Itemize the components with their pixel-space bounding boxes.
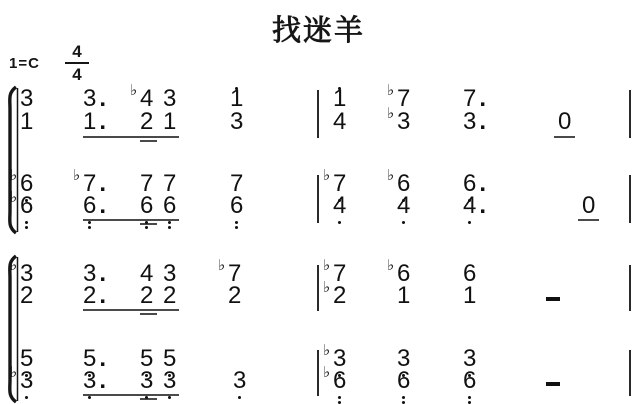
note: 6.	[83, 194, 106, 218]
barline	[629, 90, 631, 138]
note-digit: 6	[163, 192, 176, 219]
augmentation-dot: .	[99, 110, 106, 134]
note: 3	[163, 369, 176, 393]
rest-note: 0	[582, 194, 595, 218]
barline	[317, 350, 319, 396]
augmentation-dot: .	[99, 369, 106, 393]
octave-up-dot	[338, 87, 341, 90]
note-digit: 3	[163, 367, 176, 394]
flat-icon: ♭	[323, 343, 330, 358]
note-digit: 4	[463, 192, 476, 219]
octave-down-dot	[168, 396, 171, 399]
note: 4	[333, 110, 346, 134]
note-digit: 6	[333, 367, 346, 394]
octave-down-dot	[88, 396, 91, 399]
beam-line	[578, 219, 599, 221]
note-digit: 2	[20, 282, 33, 309]
time-signature: 4 4	[63, 42, 91, 84]
note: 6	[463, 369, 476, 393]
flat-icon: ♭	[323, 280, 330, 295]
note: 6	[230, 194, 243, 218]
octave-down-dot	[468, 396, 471, 399]
note-digit: 6	[20, 192, 33, 219]
beam-line	[83, 219, 179, 221]
octave-down-dot	[235, 221, 238, 224]
note: 3.	[83, 369, 106, 393]
note: 2	[228, 284, 241, 308]
sheet-music-page: 找迷羊 1=C 4 4 33.♭4311♭77.11.2134♭33.0♭6♭7…	[0, 0, 637, 404]
note: 2	[140, 284, 153, 308]
note: 3	[230, 110, 243, 134]
note: 2.	[83, 284, 106, 308]
note: 2	[163, 284, 176, 308]
note: ♭6	[333, 369, 346, 393]
note: 3	[233, 369, 246, 393]
beam-line	[83, 136, 179, 138]
octave-down-dot	[402, 396, 405, 399]
rest-note: 0	[558, 110, 571, 134]
note: 6	[163, 194, 176, 218]
flat-icon: ♭	[387, 258, 394, 273]
note-digit: 2	[140, 282, 153, 309]
note-digit: 1	[83, 108, 96, 135]
note: 1	[463, 284, 476, 308]
octave-down-dot	[235, 226, 238, 229]
note: 1.	[83, 110, 106, 134]
note: 1	[397, 284, 410, 308]
note: ♭6	[20, 194, 33, 218]
note-digit: 2	[83, 282, 96, 309]
beam-line	[83, 394, 179, 396]
note-digit: 6	[140, 192, 153, 219]
score-title: 找迷羊	[0, 8, 637, 49]
octave-down-dot	[402, 221, 405, 224]
note-digit: 4	[333, 108, 346, 135]
time-signature-fraction-bar	[65, 62, 89, 64]
time-signature-numerator: 4	[72, 42, 81, 61]
flat-icon: ♭	[73, 168, 80, 183]
note-digit: 0	[582, 192, 595, 219]
note: 4	[397, 194, 410, 218]
note-digit: 1	[163, 108, 176, 135]
octave-down-dot	[145, 221, 148, 224]
note: ♭3	[20, 369, 33, 393]
octave-down-dot	[88, 226, 91, 229]
octave-down-dot	[145, 396, 148, 399]
flat-icon: ♭	[323, 365, 330, 380]
beam-line	[140, 313, 157, 315]
note: 6	[397, 369, 410, 393]
note-digit: 3	[140, 367, 153, 394]
key-signature: 1=C	[9, 55, 40, 72]
octave-down-dot	[468, 221, 471, 224]
note-digit: 3	[397, 108, 410, 135]
note-digit: 6	[83, 192, 96, 219]
note-digit: 3	[233, 367, 246, 394]
note-digit: 1	[463, 282, 476, 309]
flat-icon: ♭	[387, 106, 394, 121]
note: 6	[140, 194, 153, 218]
note: 2	[20, 284, 33, 308]
octave-down-dot	[25, 396, 28, 399]
octave-down-dot	[338, 396, 341, 399]
note: 4.	[463, 194, 486, 218]
note-digit: 2	[333, 282, 346, 309]
note: 2	[140, 110, 153, 134]
augmentation-dot: .	[99, 284, 106, 308]
note-digit: 2	[228, 282, 241, 309]
note-digit: 1	[397, 282, 410, 309]
barline	[317, 90, 319, 138]
note-digit: 1	[20, 108, 33, 135]
dash-extension	[546, 297, 560, 301]
flat-icon: ♭	[387, 168, 394, 183]
grand-staff-brace-icon	[2, 254, 22, 404]
beam-line	[83, 309, 179, 311]
note: 1	[20, 110, 33, 134]
note: 3	[140, 369, 153, 393]
octave-down-dot	[25, 226, 28, 229]
note: 3.	[463, 110, 486, 134]
note-digit: 3	[230, 108, 243, 135]
augmentation-dot: .	[479, 194, 486, 218]
note-digit: 3	[20, 367, 33, 394]
flat-icon: ♭	[10, 168, 17, 183]
octave-up-dot	[235, 87, 238, 90]
flat-icon: ♭	[323, 258, 330, 273]
note-digit: 6	[463, 367, 476, 394]
flat-icon: ♭	[323, 168, 330, 183]
note: 1	[163, 110, 176, 134]
note-digit: 2	[140, 108, 153, 135]
barline	[629, 350, 631, 396]
note-digit: 6	[230, 192, 243, 219]
augmentation-dot: .	[479, 110, 486, 134]
beam-line	[140, 398, 157, 400]
note-digit: 0	[558, 108, 571, 135]
octave-down-dot	[238, 396, 241, 399]
flat-icon: ♭	[387, 83, 394, 98]
dash-extension	[546, 382, 560, 386]
beam-line	[554, 136, 575, 138]
grand-staff-brace-icon	[2, 85, 22, 235]
note-digit: 6	[397, 367, 410, 394]
octave-down-dot	[168, 221, 171, 224]
barline	[317, 175, 319, 223]
barline	[317, 265, 319, 311]
octave-down-dot	[338, 221, 341, 224]
octave-down-dot	[168, 226, 171, 229]
octave-down-dot	[25, 221, 28, 224]
barline	[629, 175, 631, 223]
note: ♭3	[397, 110, 410, 134]
beam-line	[140, 223, 157, 225]
note-digit: 3	[463, 108, 476, 135]
note-digit: 2	[163, 282, 176, 309]
note-digit: 4	[333, 192, 346, 219]
note-digit: 3	[83, 367, 96, 394]
flat-icon: ♭	[10, 258, 17, 273]
note-digit: 4	[397, 192, 410, 219]
flat-icon: ♭	[130, 83, 137, 98]
octave-down-dot	[145, 226, 148, 229]
note: 4	[333, 194, 346, 218]
barline	[629, 265, 631, 311]
beam-line	[140, 140, 157, 142]
flat-icon: ♭	[10, 190, 17, 205]
flat-icon: ♭	[10, 365, 17, 380]
note: ♭2	[333, 284, 346, 308]
flat-icon: ♭	[218, 258, 225, 273]
time-signature-denominator: 4	[72, 65, 81, 84]
octave-down-dot	[88, 221, 91, 224]
augmentation-dot: .	[99, 194, 106, 218]
